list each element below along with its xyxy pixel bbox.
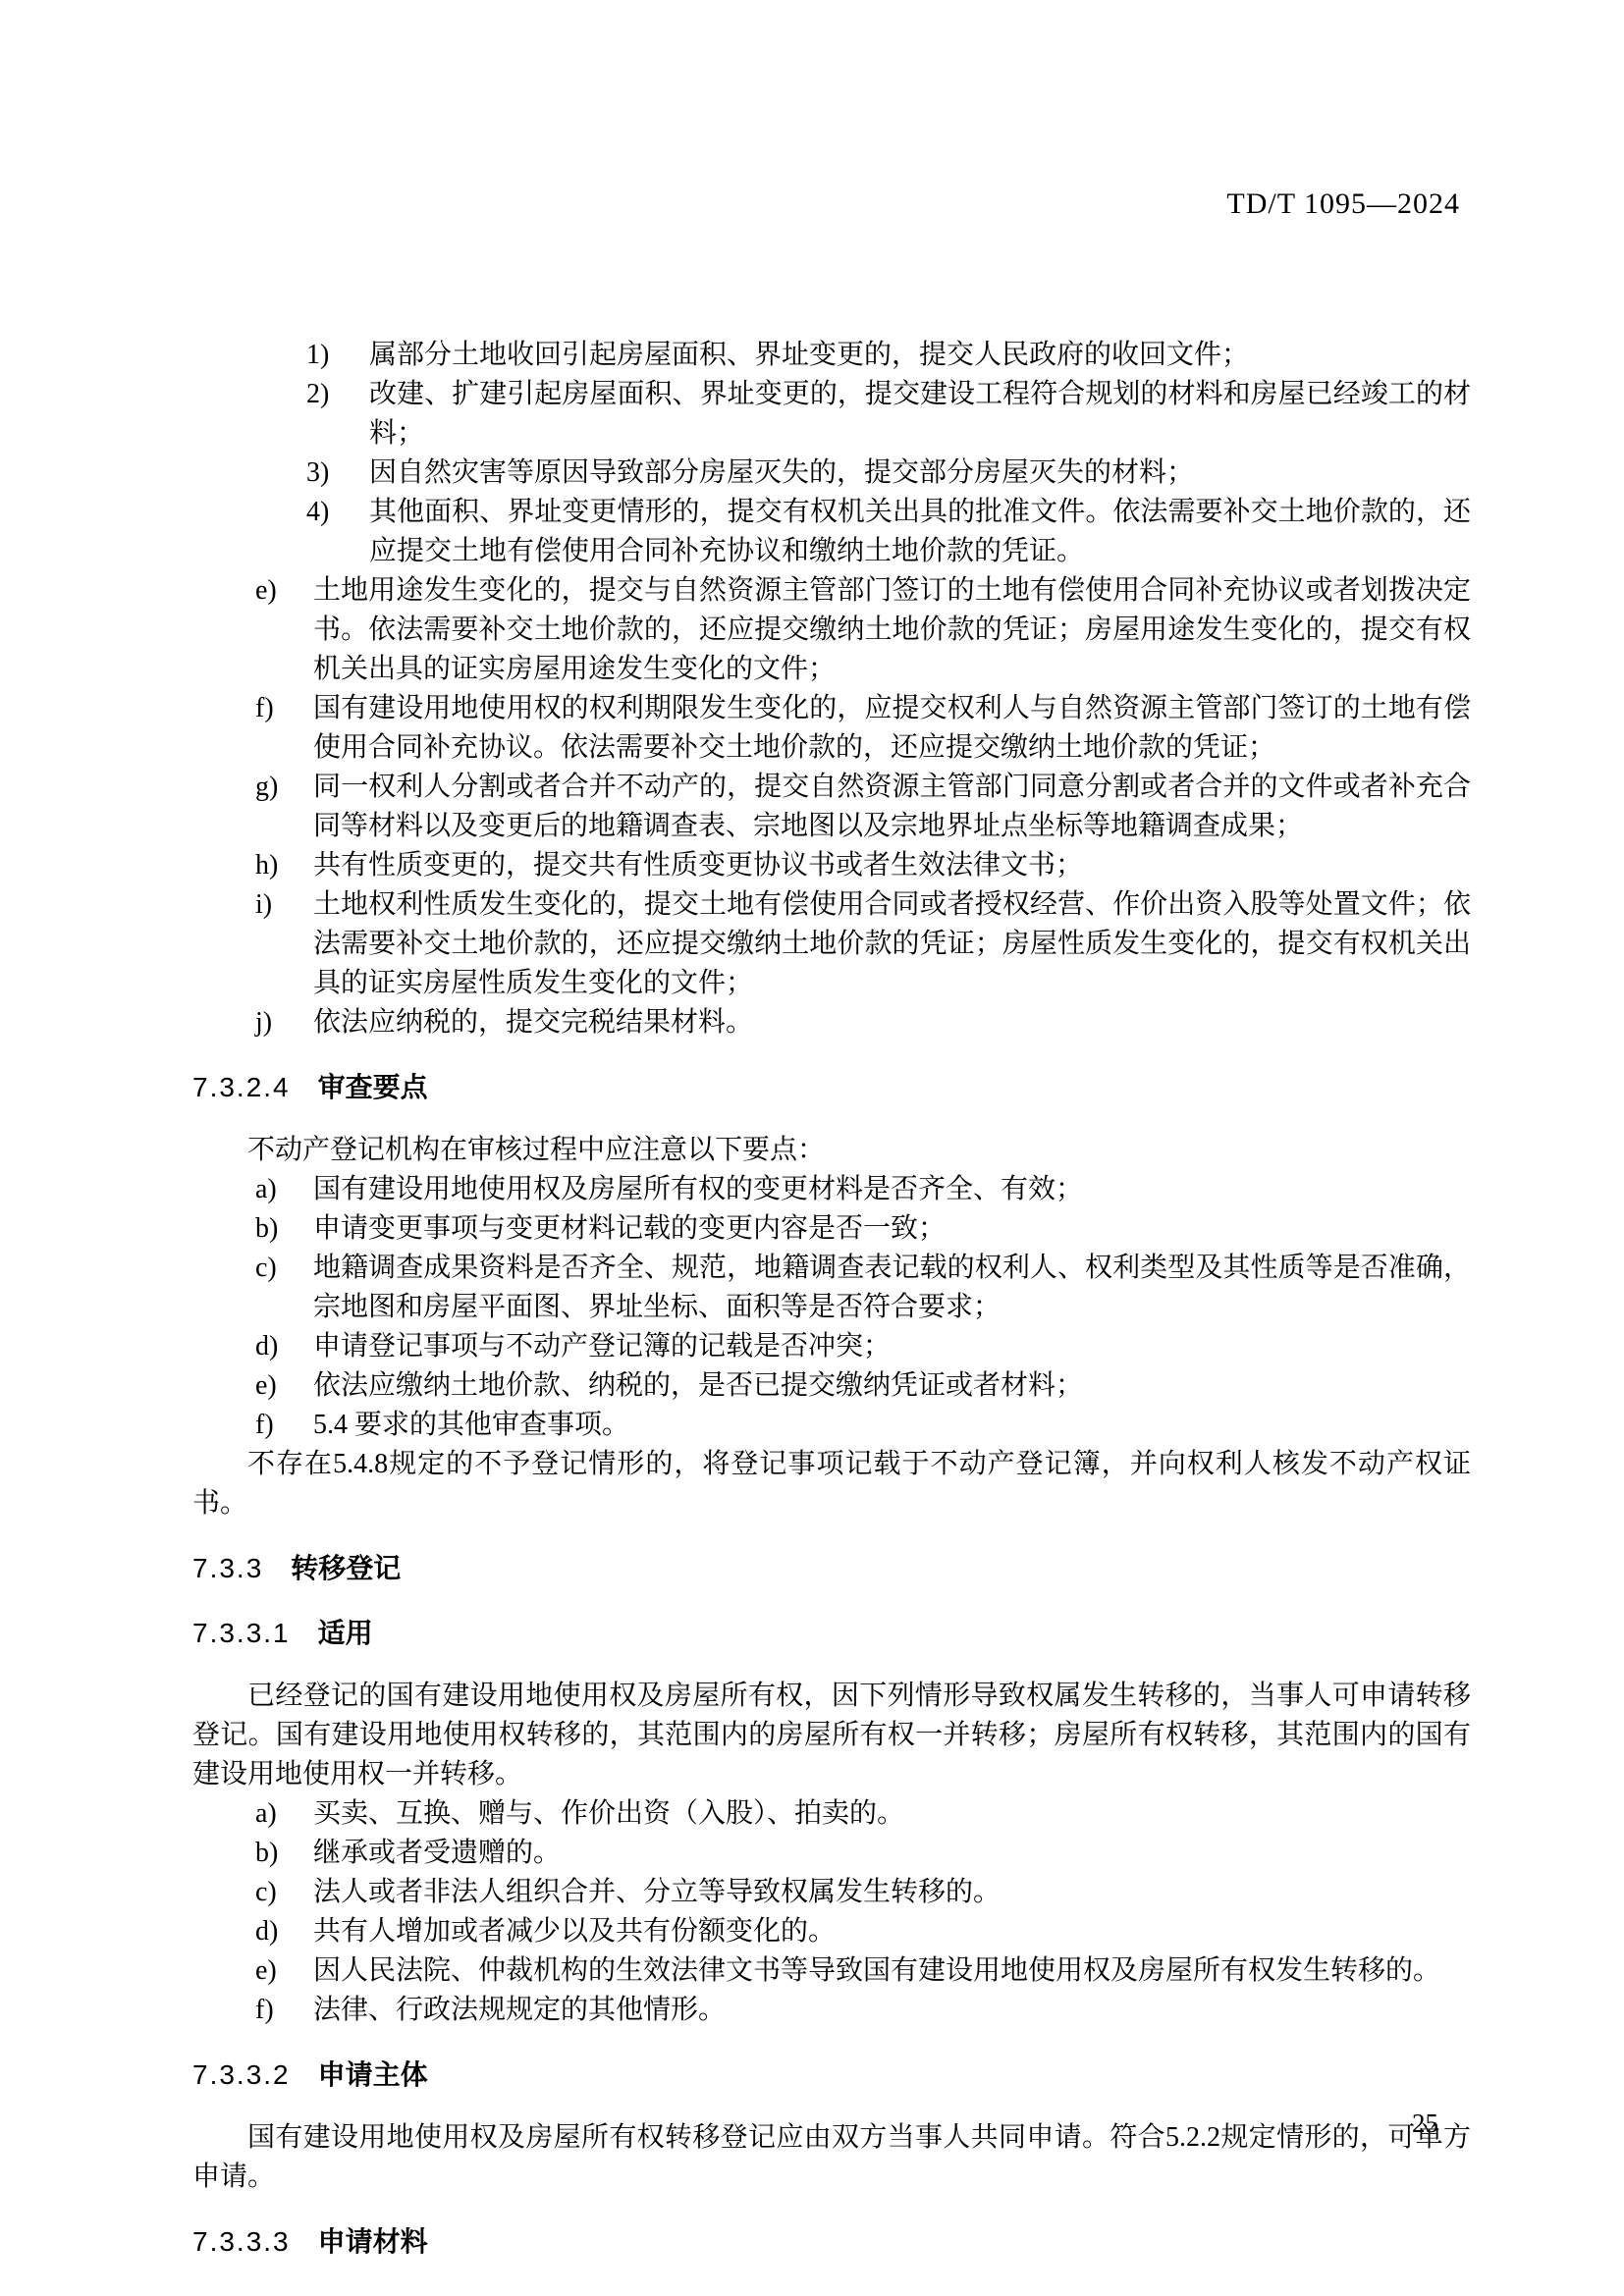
- list-item-text: 共有人增加或者减少以及共有份额变化的。: [313, 1916, 836, 1947]
- list-item: f)国有建设用地使用权的权利期限发生变化的，应提交权利人与自然资源主管部门签订的…: [192, 689, 1471, 768]
- section-number: 7.3.3: [192, 1553, 263, 1583]
- list-item-text: 5.4 要求的其他审查事项。: [313, 1410, 629, 1440]
- section-title: 申请主体: [318, 2059, 428, 2090]
- list-item-marker: f): [255, 1991, 274, 2030]
- list-item-text: 国有建设用地使用权的权利期限发生变化的，应提交权利人与自然资源主管部门签订的土地…: [313, 693, 1471, 763]
- document-content: 1)属部分土地收回引起房屋面积、界址变更的，提交人民政府的收回文件；2)改建、扩…: [192, 336, 1471, 2285]
- section-number: 7.3.3.2: [192, 2059, 291, 2090]
- list-item: b)申请变更事项与变更材料记载的变更内容是否一致；: [192, 1209, 1471, 1249]
- section-title: 审查要点: [318, 1072, 428, 1102]
- section-title: 转移登记: [291, 1553, 401, 1583]
- list-item-text: 共有性质变更的，提交共有性质变更协议书或者生效法律文书；: [313, 850, 1083, 881]
- list-item: f)5.4 要求的其他审查事项。: [192, 1406, 1471, 1445]
- list-item-text: 改建、扩建引起房屋面积、界址变更的，提交建设工程符合规划的材料和房屋已经竣工的材…: [369, 379, 1471, 449]
- list-item-text: 申请登记事项与不动产登记簿的记载是否冲突；: [313, 1331, 891, 1362]
- document-code-header: TD/T 1095—2024: [1226, 188, 1460, 220]
- list-item: h)共有性质变更的，提交共有性质变更协议书或者生效法律文书；: [192, 846, 1471, 885]
- list-item-marker: e): [255, 571, 277, 611]
- list-item-text: 继承或者受遗赠的。: [313, 1838, 561, 1868]
- list-item-text: 因自然灾害等原因导致部分房屋灭失的，提交部分房屋灭失的材料；: [369, 457, 1194, 488]
- list-item: 1)属部分土地收回引起房屋面积、界址变更的，提交人民政府的收回文件；: [192, 336, 1471, 375]
- list-item-marker: b): [255, 1834, 278, 1873]
- list-item: f)法律、行政法规规定的其他情形。: [192, 1991, 1471, 2030]
- list-item: c)法人或者非法人组织合并、分立等导致权属发生转移的。: [192, 1873, 1471, 1912]
- list-item: 4)其他面积、界址变更情形的，提交有权机关出具的批准文件。依法需要补交土地价款的…: [192, 493, 1471, 571]
- list-item-marker: i): [255, 885, 272, 925]
- list-item-text: 买卖、互换、赠与、作价出资（入股）、拍卖的。: [313, 1798, 904, 1829]
- list-item-marker: 2): [306, 375, 329, 414]
- list-item-text: 申请变更事项与变更材料记载的变更内容是否一致；: [313, 1213, 946, 1244]
- list-item-marker: 1): [306, 336, 329, 375]
- list-item-text: 依法应纳税的，提交完税结果材料。: [313, 1007, 753, 1038]
- list-item-text: 法律、行政法规规定的其他情形。: [313, 1995, 726, 2025]
- section-heading: 7.3.3.1适用: [192, 1614, 1471, 1653]
- list-item-marker: e): [255, 1951, 277, 1991]
- list-item: a)国有建设用地使用权及房屋所有权的变更材料是否齐全、有效；: [192, 1170, 1471, 1209]
- list-item: i)土地权利性质发生变化的，提交土地有偿使用合同或者授权经营、作价出资入股等处置…: [192, 885, 1471, 1003]
- list-item-text: 法人或者非法人组织合并、分立等导致权属发生转移的。: [313, 1877, 1001, 1907]
- section-heading: 7.3.2.4审查要点: [192, 1068, 1471, 1107]
- list-item-marker: e): [255, 1366, 277, 1406]
- list-item-marker: d): [255, 1327, 278, 1366]
- list-item-marker: c): [255, 1249, 277, 1288]
- list-item-text: 因人民法院、仲裁机构的生效法律文书等导致国有建设用地使用权及房屋所有权发生转移的…: [313, 1955, 1440, 1986]
- list-item: d)申请登记事项与不动产登记簿的记载是否冲突；: [192, 1327, 1471, 1366]
- section-number: 7.3.2.4: [192, 1072, 291, 1102]
- list-item-text: 依法应缴纳土地价款、纳税的，是否已提交缴纳凭证或者材料；: [313, 1370, 1083, 1401]
- list-item-marker: f): [255, 1406, 274, 1445]
- list-item-marker: a): [255, 1170, 277, 1209]
- list-item-text: 其他面积、界址变更情形的，提交有权机关出具的批准文件。依法需要补交土地价款的，还…: [369, 497, 1471, 566]
- list-item-text: 属部分土地收回引起房屋面积、界址变更的，提交人民政府的收回文件；: [369, 340, 1249, 370]
- list-item-marker: j): [255, 1003, 272, 1042]
- list-item-text: 地籍调查成果资料是否齐全、规范，地籍调查表记载的权利人、权利类型及其性质等是否准…: [313, 1253, 1471, 1322]
- list-item-marker: h): [255, 846, 278, 885]
- list-item: d)共有人增加或者减少以及共有份额变化的。: [192, 1912, 1471, 1951]
- list-item-marker: d): [255, 1912, 278, 1951]
- paragraph: 不动产登记机构在审核过程中应注意以下要点：: [192, 1131, 1471, 1170]
- list-item-marker: 3): [306, 454, 329, 493]
- paragraph: 不存在5.4.8规定的不予登记情形的，将登记事项记载于不动产登记簿，并向权利人核…: [192, 1445, 1471, 1523]
- list-item-text: 土地用途发生变化的，提交与自然资源主管部门签订的土地有偿使用合同补充协议或者划拨…: [313, 575, 1471, 684]
- list-item: 2)改建、扩建引起房屋面积、界址变更的，提交建设工程符合规划的材料和房屋已经竣工…: [192, 375, 1471, 454]
- list-item: c)地籍调查成果资料是否齐全、规范，地籍调查表记载的权利人、权利类型及其性质等是…: [192, 1249, 1471, 1327]
- section-heading: 7.3.3转移登记: [192, 1549, 1471, 1588]
- section-heading: 7.3.3.2申请主体: [192, 2056, 1471, 2095]
- list-item: e)土地用途发生变化的，提交与自然资源主管部门签订的土地有偿使用合同补充协议或者…: [192, 571, 1471, 689]
- list-item-marker: 4): [306, 493, 329, 532]
- paragraph: 国有建设用地使用权及房屋所有权转移登记应由双方当事人共同申请。符合5.2.2规定…: [192, 2118, 1471, 2197]
- list-item-text: 土地权利性质发生变化的，提交土地有偿使用合同或者授权经营、作价出资入股等处置文件…: [313, 889, 1471, 998]
- page-number: 25: [1412, 2109, 1438, 2138]
- list-item: e)因人民法院、仲裁机构的生效法律文书等导致国有建设用地使用权及房屋所有权发生转…: [192, 1951, 1471, 1991]
- section-title: 适用: [318, 1618, 373, 1648]
- list-item: e)依法应缴纳土地价款、纳税的，是否已提交缴纳凭证或者材料；: [192, 1366, 1471, 1406]
- list-item-marker: b): [255, 1209, 278, 1249]
- list-item: a)买卖、互换、赠与、作价出资（入股）、拍卖的。: [192, 1794, 1471, 1834]
- section-number: 7.3.3.1: [192, 1618, 291, 1648]
- list-item: g)同一权利人分割或者合并不动产的，提交自然资源主管部门同意分割或者合并的文件或…: [192, 768, 1471, 846]
- paragraph: 已经登记的国有建设用地使用权及房屋所有权，因下列情形导致权属发生转移的，当事人可…: [192, 1677, 1471, 1794]
- list-item-text: 同一权利人分割或者合并不动产的，提交自然资源主管部门同意分割或者合并的文件或者补…: [313, 772, 1471, 841]
- section-number: 7.3.3.3: [192, 2226, 291, 2257]
- list-item-marker: f): [255, 689, 274, 728]
- section-title: 申请材料: [318, 2226, 428, 2257]
- list-item: j)依法应纳税的，提交完税结果材料。: [192, 1003, 1471, 1042]
- document-page: TD/T 1095—2024 1)属部分土地收回引起房屋面积、界址变更的，提交人…: [0, 0, 1624, 2296]
- list-item: 3)因自然灾害等原因导致部分房屋灭失的，提交部分房屋灭失的材料；: [192, 454, 1471, 493]
- list-item-marker: g): [255, 768, 278, 807]
- list-item-text: 国有建设用地使用权及房屋所有权的变更材料是否齐全、有效；: [313, 1174, 1083, 1204]
- section-heading: 7.3.3.3申请材料: [192, 2222, 1471, 2262]
- list-item-marker: a): [255, 1794, 277, 1834]
- list-item-marker: c): [255, 1873, 277, 1912]
- list-item: b)继承或者受遗赠的。: [192, 1834, 1471, 1873]
